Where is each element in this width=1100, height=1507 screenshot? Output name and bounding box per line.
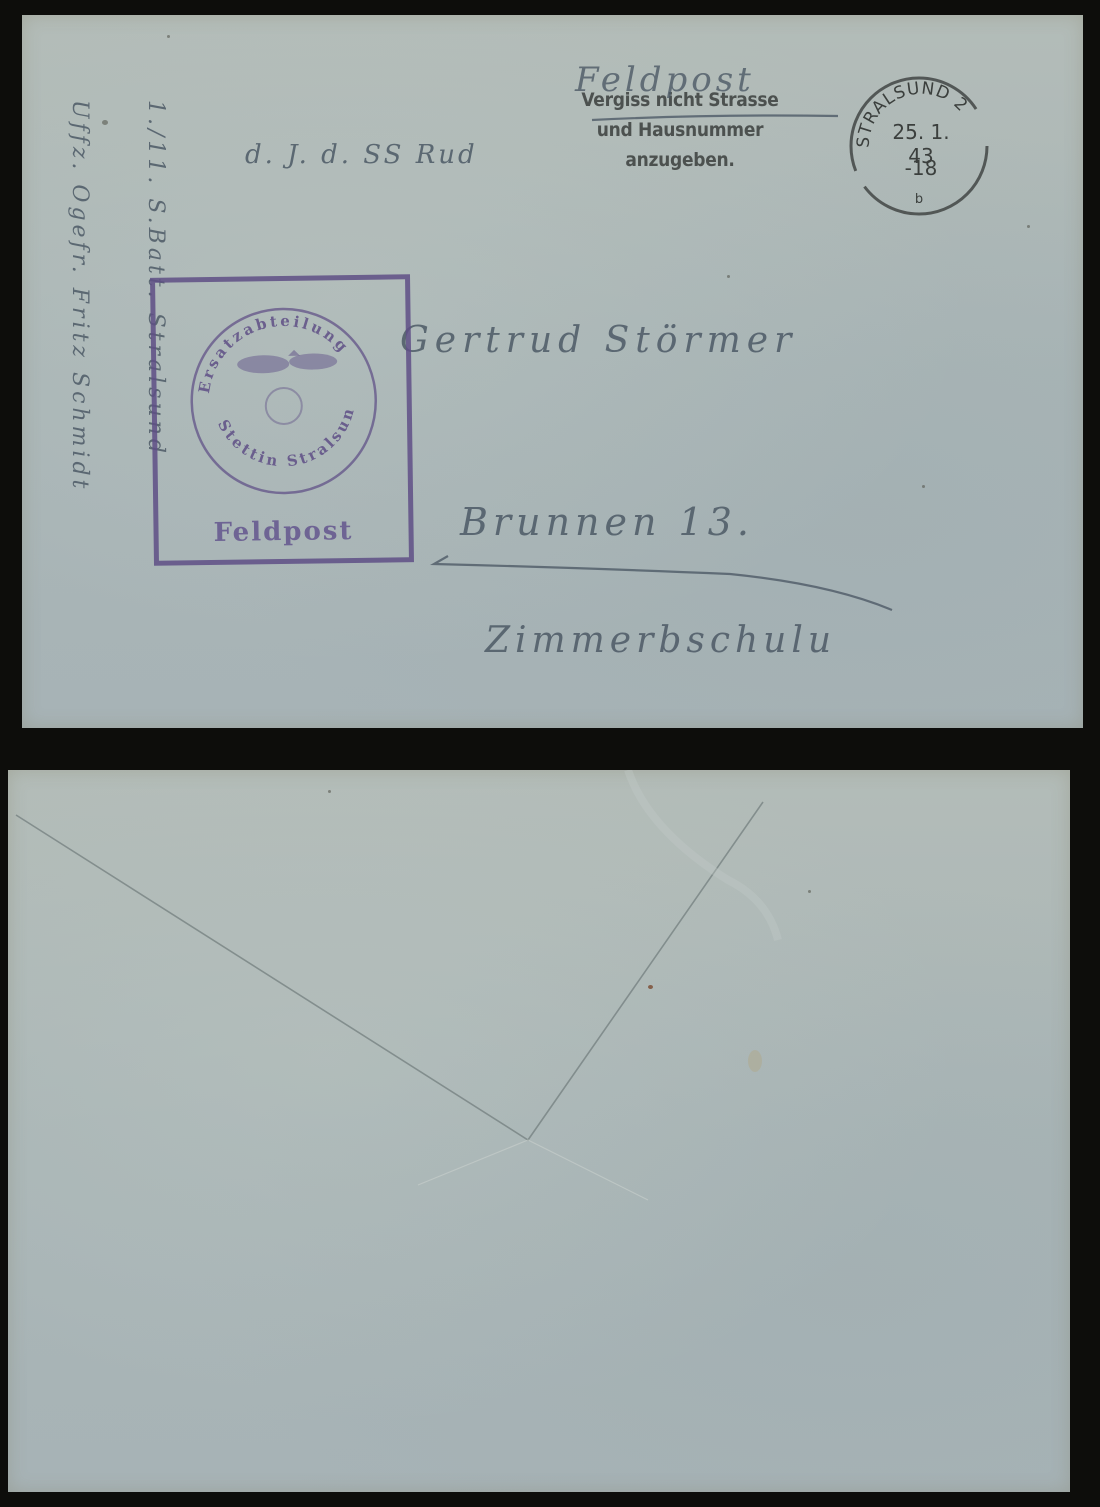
recipient-name: Gertrud Störmer (400, 320, 797, 361)
eagle-seal-icon: Ersatzabteilung Stettin Stralsund (177, 295, 390, 508)
postmark-letter: b (909, 192, 929, 207)
svg-text:Ersatzabteilung: Ersatzabteilung (194, 311, 354, 395)
feldpost-label: Feldpost (158, 515, 408, 548)
sender-line-1: Uffz. Ogefr. Fritz Schmidt (67, 100, 92, 492)
recipient-city: Zimmerbschulu (485, 620, 836, 661)
recipient-street: Brunnen 13. (460, 500, 754, 544)
underline-stroke (430, 550, 900, 620)
postmark-stralsund: STRALSUND 2 25. 1. 43 -18 b (845, 72, 993, 220)
feldpost-unit-stamp: Ersatzabteilung Stettin Stralsund Feldpo… (150, 274, 414, 566)
envelope-flap-lines (8, 770, 1070, 1492)
handwritten-feldpost-overwrite: Feldpost (575, 60, 755, 100)
handwritten-top-line: d. J. d. SS Rud (245, 140, 478, 170)
postmark-time: -18 (877, 156, 965, 180)
envelope-back (8, 770, 1070, 1492)
strike-line (590, 112, 840, 124)
slogan-line-3: anzugeben. (555, 145, 805, 175)
